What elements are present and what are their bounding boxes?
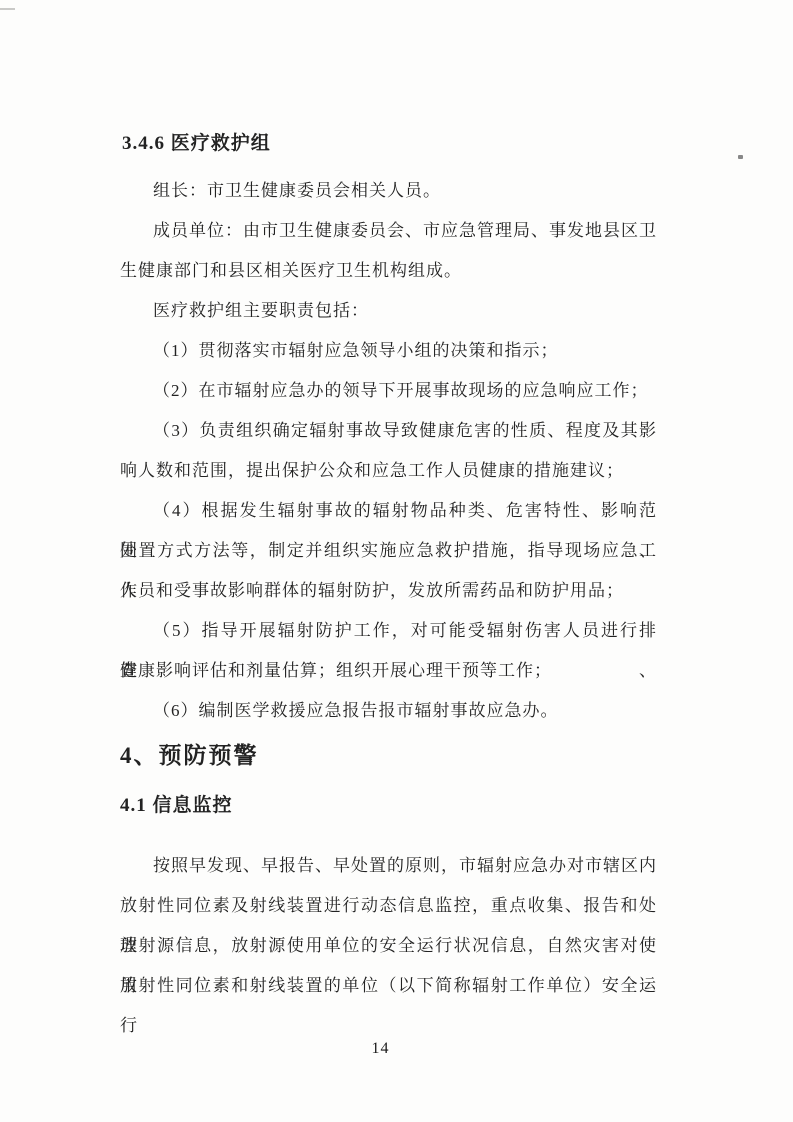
duty-item-3-line1: （3）负责组织确定辐射事故导致健康危害的性质、程度及其影 <box>120 411 657 451</box>
duty-item-5-line1: （5）指导开展辐射防护工作，对可能受辐射伤害人员进行排查、 <box>120 611 657 651</box>
page-content: 3.4.6 医疗救护组 组长：市卫生健康委员会相关人员。 成员单位：由市卫生健康… <box>120 120 657 1006</box>
section-4-1-body: 按照早发现、早报告、早处置的原则，市辐射应急办对市辖区内 放射性同位素及射线装置… <box>120 846 657 1006</box>
paragraph-members-line2: 生健康部门和县区相关医疗卫生机构组成。 <box>120 251 657 291</box>
duty-item-2: （2）在市辐射应急办的领导下开展事故现场的应急响应工作； <box>120 371 657 411</box>
paragraph-members-line1: 成员单位：由市卫生健康委员会、市应急管理局、事发地县区卫 <box>120 211 657 251</box>
page-number: 14 <box>0 1040 761 1058</box>
duty-item-4-line1: （4）根据发生辐射事故的辐射物品种类、危害特性、影响范围、 <box>120 491 657 531</box>
monitoring-paragraph-line4: 放射性同位素和射线装置的单位（以下简称辐射工作单位）安全运行 <box>120 966 657 1006</box>
section-3-4-6-body: 组长：市卫生健康委员会相关人员。 成员单位：由市卫生健康委员会、市应急管理局、事… <box>120 171 657 731</box>
monitoring-paragraph-line3: 放射源信息，放射源使用单位的安全运行状况信息，自然灾害对使用 <box>120 926 657 966</box>
document-page: 3.4.6 医疗救护组 组长：市卫生健康委员会相关人员。 成员单位：由市卫生健康… <box>0 0 793 1122</box>
monitoring-paragraph-line2: 放射性同位素及射线装置进行动态信息监控，重点收集、报告和处理 <box>120 886 657 926</box>
paragraph-leader: 组长：市卫生健康委员会相关人员。 <box>120 171 657 211</box>
duty-item-1: （1）贯彻落实市辐射应急领导小组的决策和指示； <box>120 331 657 371</box>
duty-item-3-line2: 响人数和范围，提出保护公众和应急工作人员健康的措施建议； <box>120 451 657 491</box>
duty-item-4-line2: 处置方式方法等，制定并组织实施应急救护措施，指导现场应急工作 <box>120 531 657 571</box>
scan-edge-artifact <box>0 8 15 10</box>
monitoring-paragraph-line1: 按照早发现、早报告、早处置的原则，市辐射应急办对市辖区内 <box>120 846 657 886</box>
heading-4-prevention-warning: 4、预防预警 <box>120 741 657 771</box>
scan-speck-artifact <box>738 155 743 159</box>
duty-item-4-line3: 人员和受事故影响群体的辐射防护，发放所需药品和防护用品； <box>120 571 657 611</box>
heading-4-1-information-monitoring: 4.1 信息监控 <box>120 793 657 819</box>
paragraph-duties-intro: 医疗救护组主要职责包括： <box>120 291 657 331</box>
duty-item-6: （6）编制医学救援应急报告报市辐射事故应急办。 <box>120 691 657 731</box>
heading-3-4-6-medical-rescue-group: 3.4.6 医疗救护组 <box>122 132 657 156</box>
